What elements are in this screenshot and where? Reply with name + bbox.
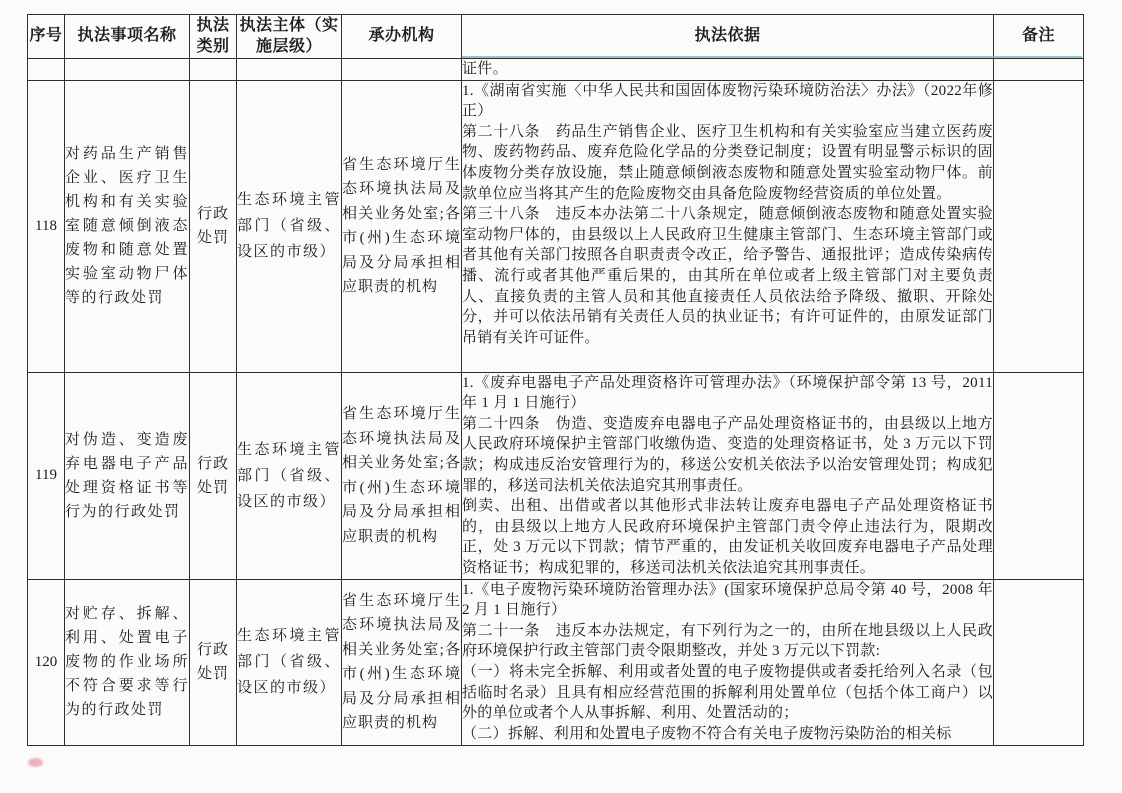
continuation-subject-cell — [237, 59, 342, 81]
remark-cell — [994, 579, 1084, 745]
basis-paragraph: （一）将未完全拆解、利用或者处置的电子废物提供或者委托给列入名录（包括临时名录）… — [462, 662, 993, 724]
basis-paragraph: 1.《废弃电器电子产品处理资格许可管理办法》（环境保护部令第 13 号，2011… — [462, 373, 993, 414]
continuation-category-cell — [190, 59, 237, 81]
basis-paragraph: （二）拆解、利用和处置电子废物不符合有关电子废物污染防治的相关标 — [462, 724, 993, 745]
category-cell: 行政处罚 — [190, 372, 237, 579]
agency-cell: 省生态环境厅生态环境执法局及相关业务处室;各市(州)生态环境局及分局承担相应职责… — [342, 579, 462, 745]
header-category: 执法类别 — [190, 15, 237, 59]
basis-paragraph: 第二十八条 药品生产销售企业、医疗卫生机构和有关实验室应当建立医药废物、废药物药… — [462, 122, 993, 204]
enforcement-matters-table: 序号 执法事项名称 执法类别 执法主体（实施层级） 承办机构 执法依据 备注 证… — [27, 14, 1084, 746]
matter-name-cell: 对药品生产销售企业、医疗卫生机构和有关实验室随意倾倒液态废物和随意处置实验室动物… — [65, 80, 190, 372]
subject-cell: 生态环境主管部门（省级、设区的市级） — [237, 372, 342, 579]
header-remark: 备注 — [994, 15, 1084, 59]
basis-paragraph: 第二十四条 伪造、变造废弃电器电子产品处理资格证书的，由县级以上地方人民政府环境… — [462, 414, 993, 496]
scan-artifact-smudge — [28, 758, 43, 767]
agency-cell: 省生态环境厅生态环境执法局及相关业务处室;各市(州)生态环境局及分局承担相应职责… — [342, 372, 462, 579]
category-cell: 行政处罚 — [190, 579, 237, 745]
header-basis: 执法依据 — [462, 15, 994, 59]
continuation-row: 证件。 — [28, 59, 1084, 81]
serial-number-cell: 118 — [28, 80, 65, 372]
basis-paragraph: 1.《湖南省实施〈中华人民共和国固体废物污染环境防治法〉办法》（2022年修正） — [462, 81, 993, 122]
serial-number-cell: 119 — [28, 372, 65, 579]
agency-cell: 省生态环境厅生态环境执法局及相关业务处室;各市(州)生态环境局及分局承担相应职责… — [342, 80, 462, 372]
table-row: 118 对药品生产销售企业、医疗卫生机构和有关实验室随意倾倒液态废物和随意处置实… — [28, 80, 1084, 372]
table-header-row: 序号 执法事项名称 执法类别 执法主体（实施层级） 承办机构 执法依据 备注 — [28, 15, 1084, 59]
header-agency: 承办机构 — [342, 15, 462, 59]
table-row: 120 对贮存、拆解、利用、处置电子废物的作业场所不符合要求等行为的行政处罚 行… — [28, 579, 1084, 745]
continuation-remark-cell — [994, 59, 1084, 81]
matter-name-cell: 对伪造、变造废弃电器电子产品处理资格证书等行为的行政处罚 — [65, 372, 190, 579]
basis-cell: 1.《电子废物污染环境防治管理办法》(国家环境保护总局令第 40 号，2008 … — [462, 579, 994, 745]
scanned-page: 序号 执法事项名称 执法类别 执法主体（实施层级） 承办机构 执法依据 备注 证… — [0, 0, 1122, 793]
remark-cell — [994, 80, 1084, 372]
continuation-agency-cell — [342, 59, 462, 81]
header-subject: 执法主体（实施层级） — [237, 15, 342, 59]
table-row: 119 对伪造、变造废弃电器电子产品处理资格证书等行为的行政处罚 行政处罚 生态… — [28, 372, 1084, 579]
basis-cell: 1.《废弃电器电子产品处理资格许可管理办法》（环境保护部令第 13 号，2011… — [462, 372, 994, 579]
basis-paragraph: 第二十一条 违反本办法规定，有下列行为之一的，由所在地县级以上人民政府环境保护行… — [462, 621, 993, 662]
table-body: 证件。 118 对药品生产销售企业、医疗卫生机构和有关实验室随意倾倒液态废物和随… — [28, 59, 1084, 746]
continuation-basis-cell: 证件。 — [462, 59, 994, 81]
remark-cell — [994, 372, 1084, 579]
basis-paragraph: 倒卖、出租、出借或者以其他形式非法转让废弃电器电子产品处理资格证书的，由县级以上… — [462, 496, 993, 578]
basis-cell: 1.《湖南省实施〈中华人民共和国固体废物污染环境防治法〉办法》（2022年修正）… — [462, 80, 994, 372]
basis-paragraph: 1.《电子废物污染环境防治管理办法》(国家环境保护总局令第 40 号，2008 … — [462, 580, 993, 621]
subject-cell: 生态环境主管部门（省级、设区的市级） — [237, 80, 342, 372]
continuation-name-cell — [65, 59, 190, 81]
header-matter-name: 执法事项名称 — [65, 15, 190, 59]
continuation-no-cell — [28, 59, 65, 81]
matter-name-cell: 对贮存、拆解、利用、处置电子废物的作业场所不符合要求等行为的行政处罚 — [65, 579, 190, 745]
category-cell: 行政处罚 — [190, 80, 237, 372]
basis-paragraph: 证件。 — [462, 59, 993, 80]
serial-number-cell: 120 — [28, 579, 65, 745]
header-serial-number: 序号 — [28, 15, 65, 59]
basis-paragraph: 第三十八条 违反本办法第二十八条规定，随意倾倒液态废物和随意处置实验室动物尸体的… — [462, 204, 993, 348]
subject-cell: 生态环境主管部门（省级、设区的市级） — [237, 579, 342, 745]
